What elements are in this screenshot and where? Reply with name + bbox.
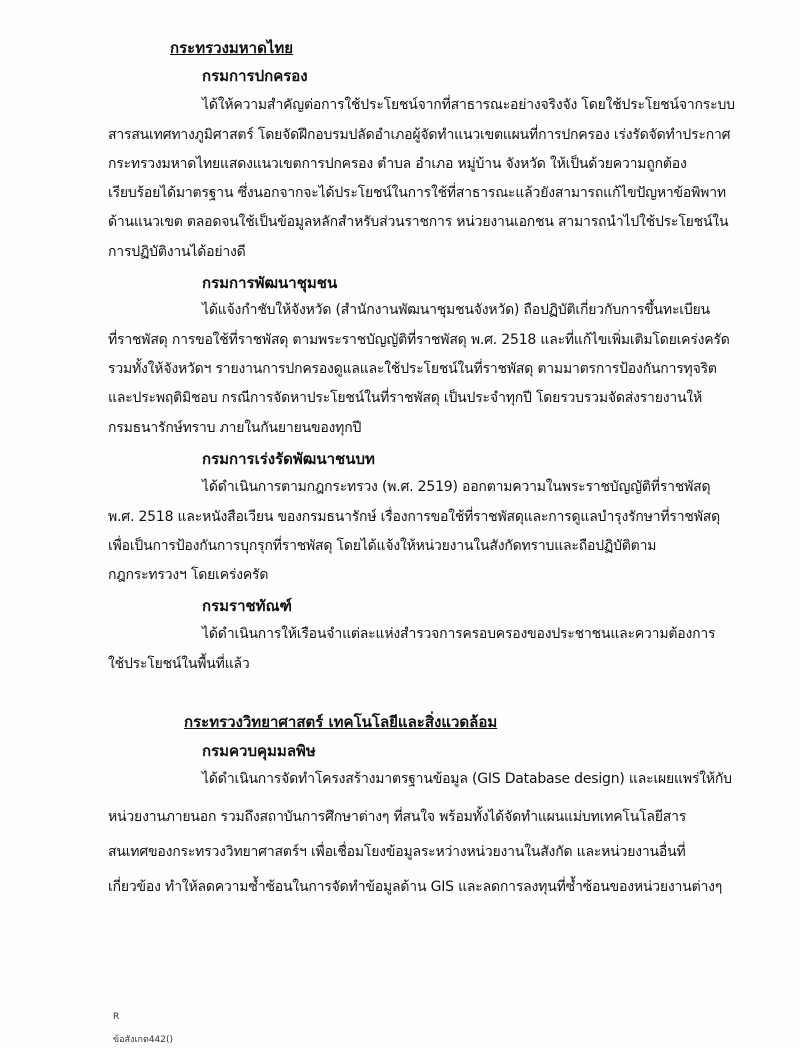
department-heading: กรมการเร่งรัดพัฒนาชนบท bbox=[202, 447, 375, 471]
ministry-heading: กระทรวงวิทยาศาสตร์ เทคโนโลยีและสิ่งแวดล้… bbox=[184, 710, 497, 734]
department-heading: กรมควบคุมมลพิษ bbox=[202, 739, 316, 763]
paragraph-line: การปฏิบัติงานได้อย่างดี bbox=[108, 241, 798, 263]
paragraph-line: ได้แจ้งกำชับให้จังหวัด (สำนักงานพัฒนาชุม… bbox=[202, 299, 800, 321]
department-heading: กรมการปกครอง bbox=[202, 64, 308, 88]
paragraph-line: หน่วยงานภายนอก รวมถึงสถาบันการศึกษาต่างๆ… bbox=[108, 806, 798, 828]
paragraph-line: เรียบร้อยได้มาตรฐาน ซึ่งนอกจากจะได้ประโย… bbox=[108, 182, 798, 204]
ministry-heading: กระทรวงมหาดไทย bbox=[170, 36, 293, 60]
paragraph-line: ได้ดำเนินการตามกฎกระทรวง (พ.ศ. 2519) ออก… bbox=[202, 476, 800, 498]
paragraph-line: รวมทั้งให้จังหวัดฯ รายงานการปกครองดูแลแล… bbox=[108, 358, 798, 380]
paragraph-line: ด้านแนวเขต ตลอดจนใช้เป็นข้อมูลหลักสำหรับ… bbox=[108, 211, 798, 233]
paragraph-line: กระทรวงมหาดไทยแสดงแนวเขตการปกครอง ตำบล อ… bbox=[108, 153, 798, 175]
paragraph-line: กฎกระทรวงฯ โดยเคร่งครัด bbox=[108, 564, 798, 586]
paragraph-line: เกี่ยวข้อง ทำให้ลดความซ้ำซ้อนในการจัดทำข… bbox=[108, 876, 798, 898]
footer-code: ข้อสังเกต442() bbox=[113, 1032, 173, 1046]
paragraph-line: ได้ให้ความสำคัญต่อการใช้ประโยชน์จากที่สา… bbox=[202, 94, 800, 116]
paragraph-line: สารสนเทศทางภูมิศาสตร์ โดยจัดฝึกอบรมปลัดอ… bbox=[108, 124, 798, 146]
document-page: กระทรวงมหาดไทย กรมการปกครอง ได้ให้ความสำ… bbox=[0, 0, 800, 1048]
paragraph-line: กรมธนารักษ์ทราบ ภายในกันยายนของทุกปี bbox=[108, 417, 798, 439]
paragraph-line: สนเทศของกระทรวงวิทยาศาสตร์ฯ เพื่อเชื่อมโ… bbox=[108, 841, 798, 863]
paragraph-line: พ.ศ. 2518 และหนังสือเวียน ของกรมธนารักษ์… bbox=[108, 506, 798, 528]
department-heading: กรมการพัฒนาชุมชน bbox=[202, 271, 337, 295]
paragraph-line: ได้ดำเนินการให้เรือนจำแต่ละแห่งสำรวจการค… bbox=[202, 623, 800, 645]
paragraph-line: ใช้ประโยชน์ในพื้นที่แล้ว bbox=[108, 653, 798, 675]
paragraph-line: ได้ดำเนินการจัดทำโครงสร้างมาตรฐานข้อมูล … bbox=[202, 768, 800, 790]
department-heading: กรมราชทัณฑ์ bbox=[202, 594, 292, 618]
paragraph-line: ที่ราชพัสดุ การขอใช้ที่ราชพัสดุ ตามพระรา… bbox=[108, 329, 798, 351]
paragraph-line: และประพฤติมิชอบ กรณีการจัดหาประโยชน์ในที… bbox=[108, 387, 798, 409]
footer-mark: R bbox=[113, 1012, 119, 1022]
paragraph-line: เพื่อเป็นการป้องกันการบุกรุกที่ราชพัสดุ … bbox=[108, 535, 798, 557]
